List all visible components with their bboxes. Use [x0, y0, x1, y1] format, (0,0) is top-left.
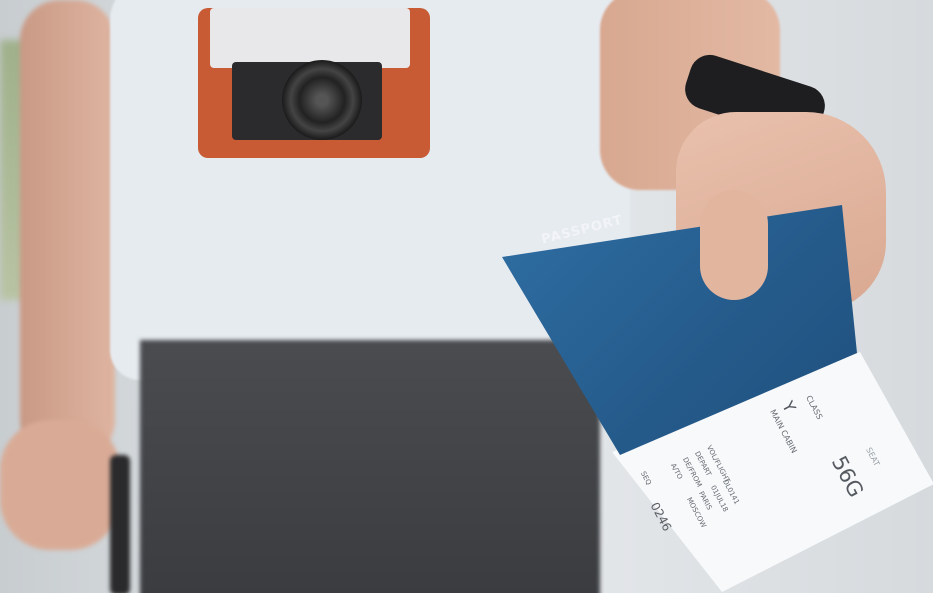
- camera-lens-icon: [282, 60, 362, 140]
- suitcase-handle: [110, 455, 130, 593]
- photo-scene: PASSPORT CLASS Y MAIN CABIN SEAT 56G VOL…: [0, 0, 933, 593]
- left-hand: [0, 420, 120, 550]
- thumb: [700, 190, 768, 300]
- jeans: [140, 340, 600, 593]
- camera-top: [210, 8, 410, 68]
- left-arm: [20, 0, 115, 460]
